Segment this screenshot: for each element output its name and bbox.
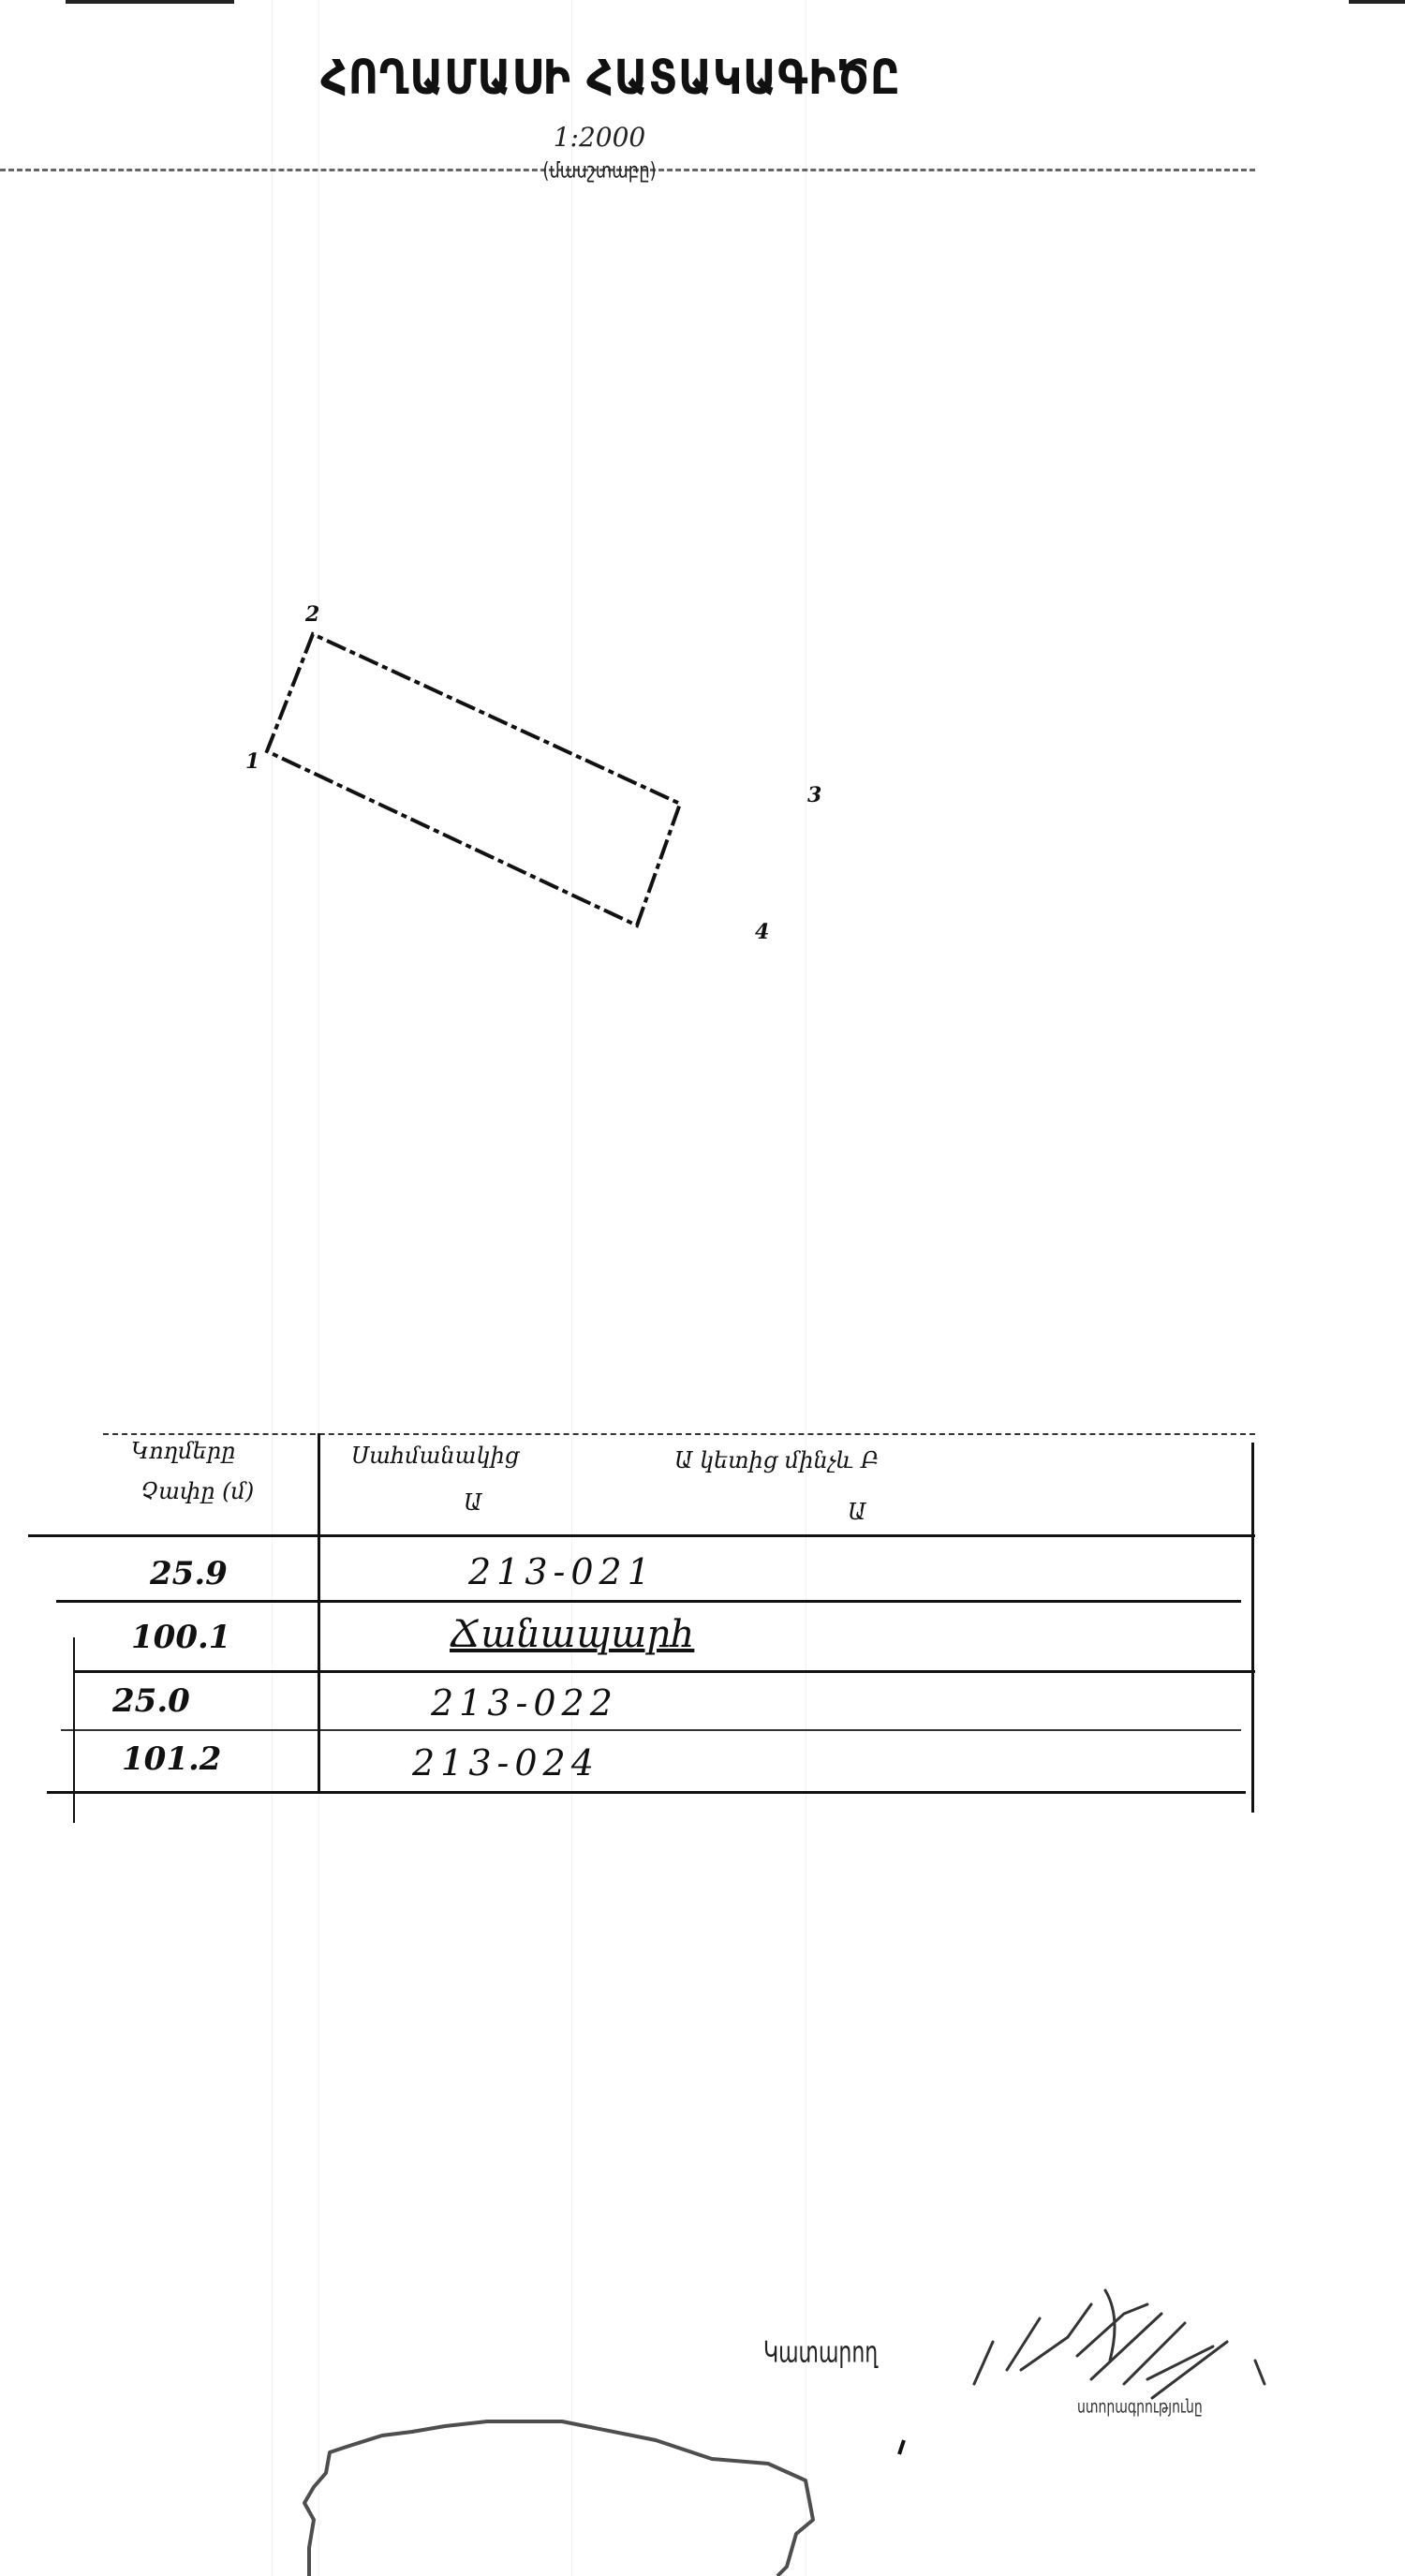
cell-adjacent: 213-022 xyxy=(431,1682,618,1724)
cell-adjacent: 213-021 xyxy=(468,1551,656,1592)
header-adjacent-sub: Ա xyxy=(464,1489,481,1516)
table-right-border xyxy=(1251,1443,1254,1813)
point-label: 1 xyxy=(245,749,259,774)
table-row-divider xyxy=(75,1670,1255,1673)
cell-length: 25.9 xyxy=(150,1555,228,1592)
header-length-unit: Չափը (մ) xyxy=(140,1478,254,1504)
signature-tail xyxy=(899,2440,904,2454)
table-column-divider xyxy=(318,1433,320,1791)
table-bottom-border xyxy=(47,1791,1246,1794)
cell-length: 25.0 xyxy=(112,1682,190,1720)
header-adjacent: Սահմանակից xyxy=(351,1443,519,1469)
table-top-border xyxy=(103,1433,1255,1435)
signature-stroke xyxy=(974,2290,1264,2398)
table-header-divider xyxy=(28,1534,1255,1537)
point-label: 4 xyxy=(755,920,769,944)
cell-length: 101.2 xyxy=(122,1740,221,1778)
header-from-to-sub: Ա xyxy=(848,1499,865,1525)
plot-boundary xyxy=(267,634,680,925)
point-label: 2 xyxy=(305,602,319,627)
header-sides: Կողմերը xyxy=(131,1438,235,1464)
table-row-divider xyxy=(56,1600,1241,1603)
region-outline xyxy=(304,2421,813,2576)
plot-drawing xyxy=(0,0,1405,2576)
signature-label: Կատարող xyxy=(763,2337,878,2370)
table-left-mark xyxy=(73,1637,75,1823)
table-row-divider xyxy=(61,1729,1241,1731)
signature-caption: ստորագրությունը xyxy=(1077,2397,1203,2418)
cell-adjacent: Ճանապարհ xyxy=(450,1613,694,1656)
cell-adjacent: 213-024 xyxy=(412,1742,599,1784)
header-from-to: Ա կետից մինչև Բ xyxy=(674,1447,880,1473)
cell-length: 100.1 xyxy=(131,1619,230,1656)
point-label: 3 xyxy=(807,783,821,807)
